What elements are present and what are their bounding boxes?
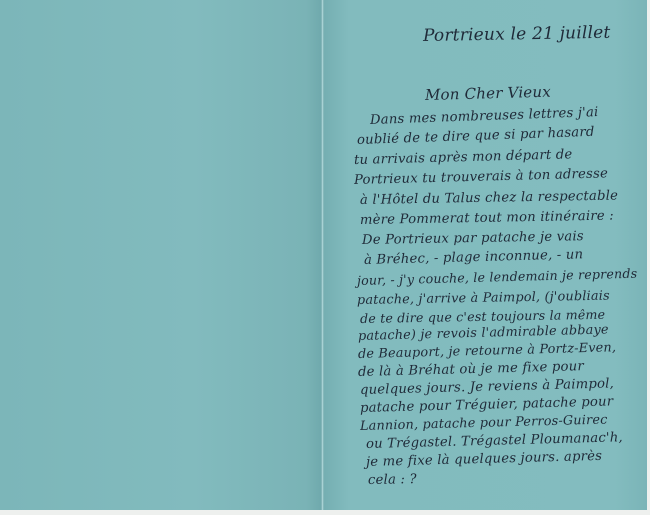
dateline: Portrieux le 21 juillet <box>423 23 611 46</box>
body-line: cela : ? <box>368 472 417 488</box>
scan-bottom-edge <box>0 510 650 515</box>
salutation: Mon Cher Vieux <box>425 83 551 104</box>
letter-scan: Portrieux le 21 juillet Mon Cher Vieux D… <box>0 0 650 512</box>
left-blank-page <box>0 0 322 512</box>
page-fold <box>321 0 324 512</box>
